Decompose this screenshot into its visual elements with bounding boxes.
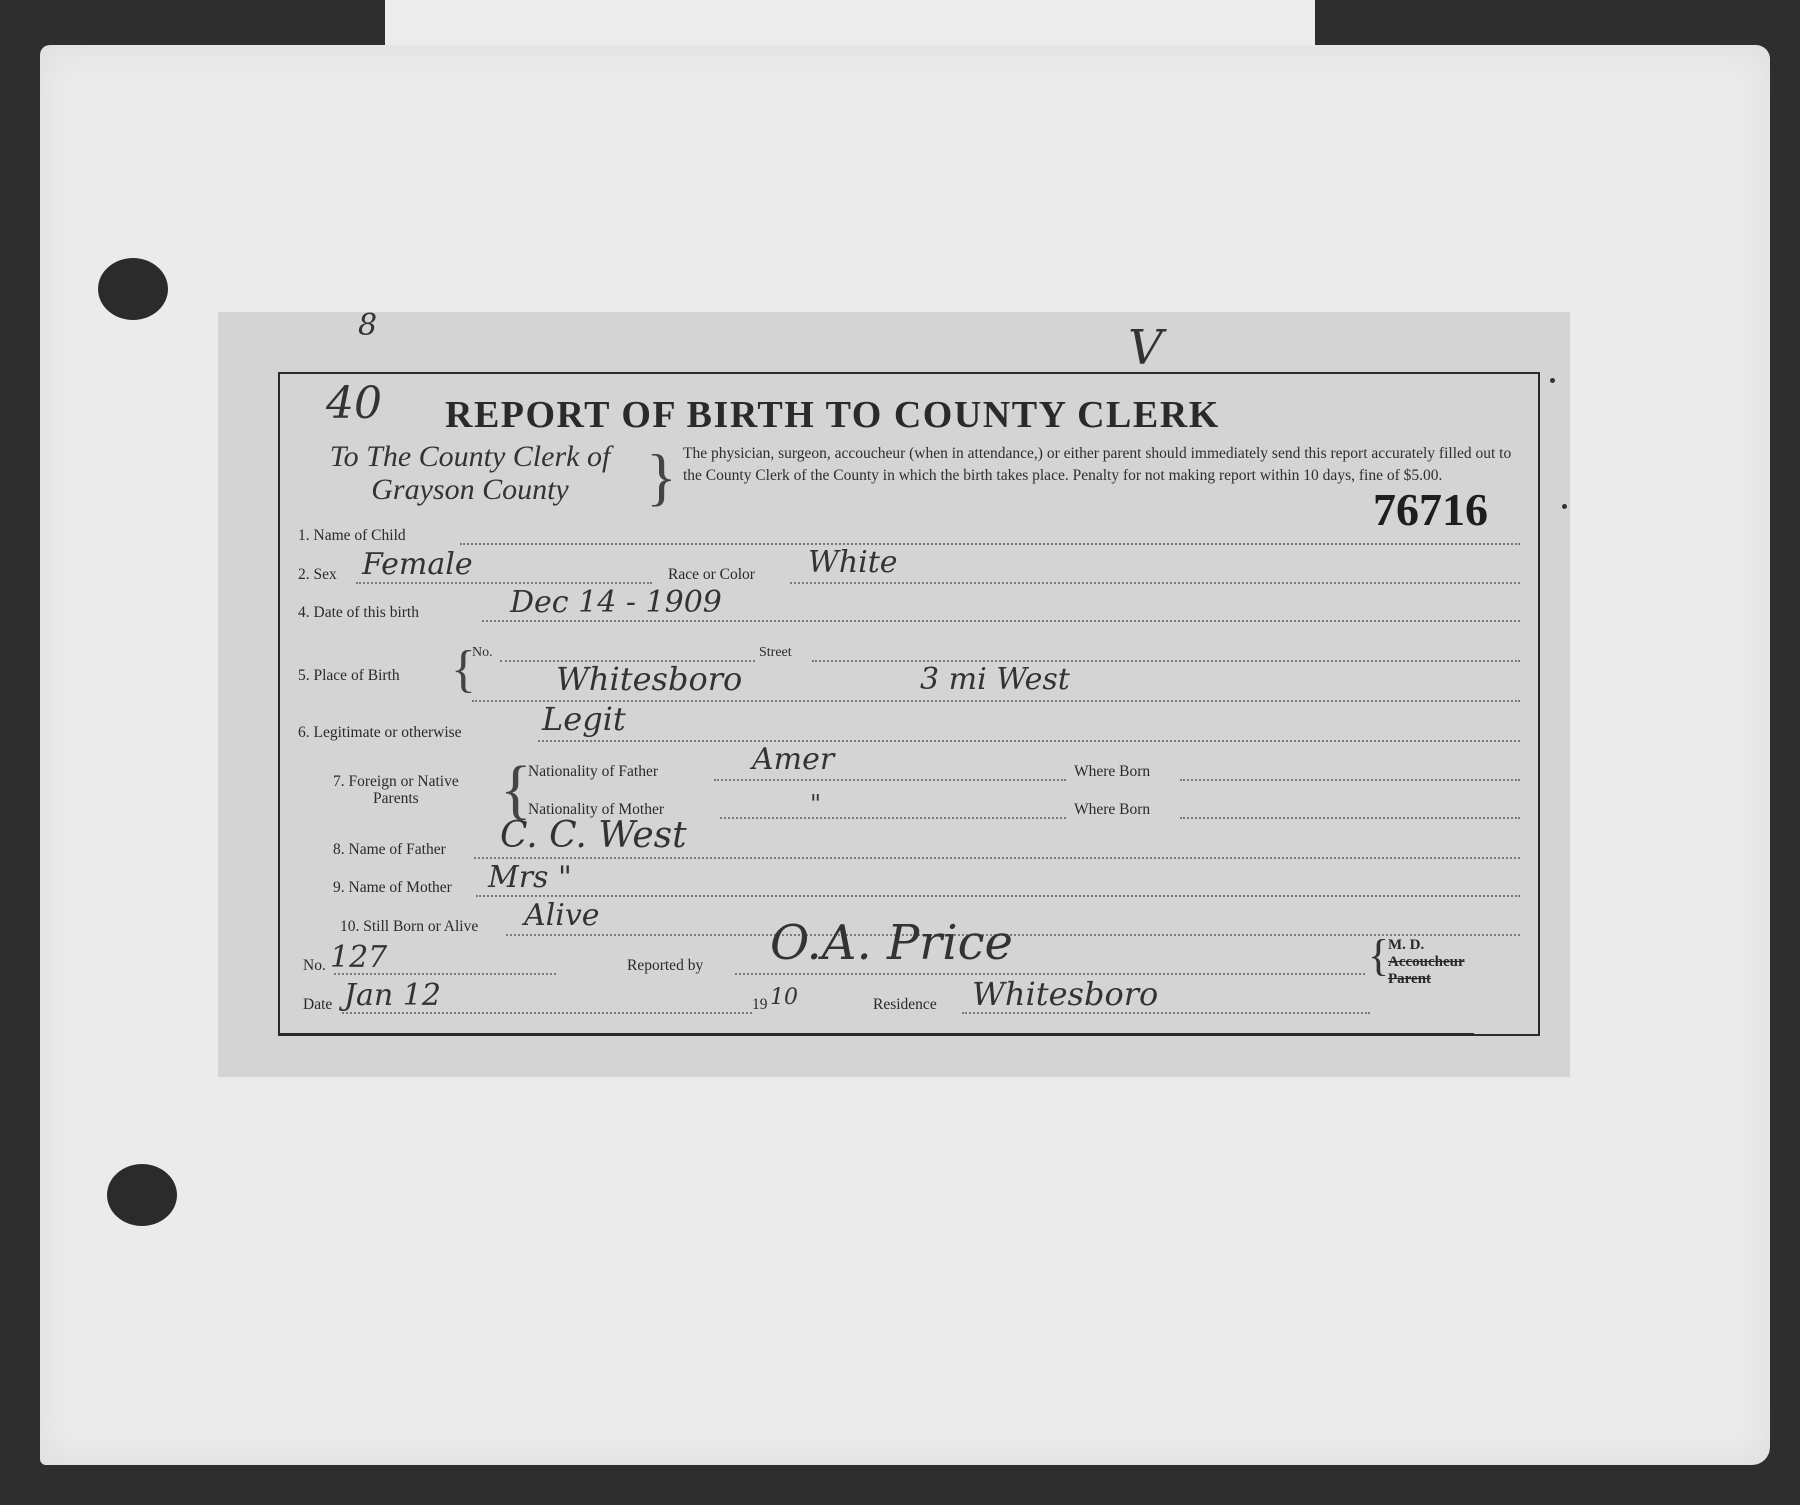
certificate-number: 76716	[1373, 483, 1488, 536]
form-bottom-rule	[278, 1033, 1474, 1036]
brace-icon: }	[646, 440, 677, 514]
label-parents-line2: Parents	[333, 790, 459, 807]
field-line	[476, 895, 1520, 897]
value-nationality-mother: "	[810, 790, 821, 818]
label-parents-line1: 7. Foreign or Native	[333, 773, 459, 790]
label-still-born: 10. Still Born or Alive	[340, 918, 478, 936]
value-name-of-father: C. C. West	[500, 815, 687, 856]
speck	[1550, 378, 1555, 383]
speck	[1562, 504, 1567, 509]
value-place-of-birth: Whitesboro	[556, 660, 742, 698]
value-legitimate: Legit	[542, 700, 626, 738]
label-where-born-father: Where Born	[1074, 763, 1150, 781]
instructions-text: The physician, surgeon, accoucheur (when…	[683, 443, 1523, 487]
field-line	[474, 857, 1520, 859]
check-mark: V	[1128, 320, 1163, 376]
label-year-prefix: 19	[752, 996, 768, 1014]
field-line	[460, 543, 1520, 545]
label-name-of-father: 8. Name of Father	[333, 841, 446, 859]
label-parents: 7. Foreign or Native Parents	[333, 773, 459, 807]
value-name-of-mother: Mrs "	[488, 860, 572, 895]
field-line	[1180, 817, 1520, 819]
punch-hole-top	[98, 258, 168, 320]
label-race: Race or Color	[668, 566, 755, 584]
field-line	[812, 660, 1520, 662]
value-nationality-father: Amer	[752, 742, 834, 777]
field-line	[1180, 779, 1520, 781]
value-reported-by-signature: O.A. Price	[770, 915, 1013, 971]
margin-number: 40	[326, 378, 382, 429]
reporter-role-options: M. D. Accoucheur Parent	[1388, 937, 1465, 988]
value-race: White	[808, 545, 898, 580]
field-line	[482, 620, 1520, 622]
field-line	[538, 740, 1520, 742]
label-street: Street	[759, 645, 792, 661]
label-date: Date	[303, 996, 332, 1014]
label-place-of-birth: 5. Place of Birth	[298, 667, 400, 685]
label-legitimate: 6. Legitimate or otherwise	[298, 724, 462, 742]
value-record-no: 127	[330, 940, 387, 975]
value-still-born: Alive	[524, 898, 600, 933]
label-no: No.	[472, 645, 493, 661]
addressee-line1: To The County Clerk of	[300, 440, 640, 473]
field-line	[790, 582, 1520, 584]
label-where-born-mother: Where Born	[1074, 801, 1150, 819]
value-place-of-birth-detail: 3 mi West	[920, 662, 1070, 697]
margin-small-mark: 8	[358, 308, 377, 343]
field-line	[720, 817, 1066, 819]
label-nationality-father: Nationality of Father	[528, 763, 658, 781]
field-line	[356, 582, 652, 584]
field-line	[472, 700, 1520, 702]
value-date: Jan 12	[344, 978, 441, 1013]
value-year-suffix: 10	[770, 985, 798, 1010]
value-date-of-birth: Dec 14 - 1909	[510, 585, 722, 620]
addressee-county: Grayson County	[300, 473, 640, 506]
label-record-no: No.	[303, 957, 326, 975]
punch-hole-bottom	[107, 1164, 177, 1226]
role-accoucheur: Accoucheur	[1388, 954, 1465, 971]
field-line	[714, 779, 1066, 781]
role-parent: Parent	[1388, 971, 1465, 988]
label-name-of-mother: 9. Name of Mother	[333, 879, 452, 897]
label-date-of-birth: 4. Date of this birth	[298, 604, 419, 622]
label-residence: Residence	[873, 996, 937, 1014]
label-name-of-child: 1. Name of Child	[298, 527, 406, 545]
label-sex: 2. Sex	[298, 566, 337, 584]
form-title: REPORT OF BIRTH TO COUNTY CLERK	[445, 393, 1220, 437]
value-residence: Whitesboro	[972, 975, 1158, 1013]
brace-icon: {	[1368, 930, 1389, 981]
addressee: To The County Clerk of Grayson County	[300, 440, 640, 506]
value-sex: Female	[362, 547, 473, 582]
label-reported-by: Reported by	[627, 957, 703, 975]
role-md: M. D.	[1388, 937, 1465, 954]
